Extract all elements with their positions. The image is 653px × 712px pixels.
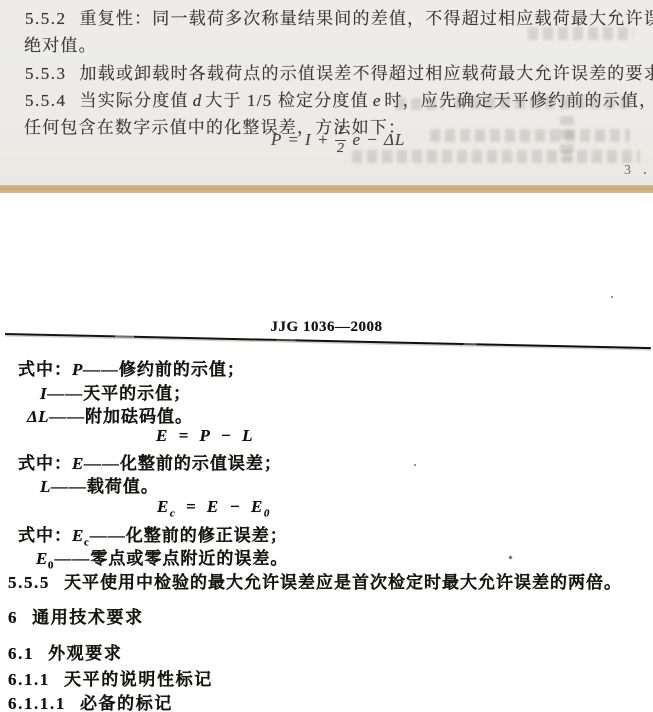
clause-number: 5.5.4 bbox=[25, 91, 67, 110]
where-clause-E: 式中：E——化整前的示值误差； bbox=[18, 449, 282, 474]
clause-5-5-2-line1: 5.5.2重复性：同一载荷多次称量结果间的差值，不得超过相应载荷最大允许误差的 bbox=[25, 4, 653, 29]
formula-lhs: P = I + bbox=[271, 130, 329, 150]
where-clause-P: 式中：P——修约前的示值； bbox=[18, 355, 245, 380]
variable-E: E bbox=[157, 497, 170, 516]
formula-E-equals: E = P − L bbox=[156, 426, 254, 446]
clause-text: 重复性：同一载荷多次称量结果间的差值，不得超过相应载荷最大允许误差的 bbox=[80, 9, 653, 28]
where-label: 式中： bbox=[18, 526, 72, 545]
clause-text: 加载或卸载时各载荷点的示值误差不得超过相应载荷最大允许误差的要求。 bbox=[80, 64, 653, 83]
page-edge-strip bbox=[0, 185, 653, 193]
formula-mid: = E − E bbox=[176, 497, 264, 516]
where-text: ——载荷值。 bbox=[51, 477, 159, 496]
clause-5-5-2-line2: 绝对值。 bbox=[24, 31, 97, 56]
section-number: 6.1.1 bbox=[8, 670, 50, 689]
variable-d: d bbox=[193, 91, 202, 110]
document-header: JJG 1036—2008 bbox=[0, 319, 653, 336]
variable-P: P bbox=[72, 360, 83, 379]
where-clause-deltaL: ΔL——附加砝码值。 bbox=[27, 402, 193, 427]
section-6-1-heading: 6.1外观要求 bbox=[8, 639, 122, 664]
clause-number: 5.5.2 bbox=[25, 9, 67, 28]
where-text: ——零点或零点附近的误差。 bbox=[54, 549, 288, 568]
where-clause-I: I——天平的示值； bbox=[40, 379, 191, 404]
clause-5-5-3-line: 5.5.3加载或卸载时各载荷点的示值误差不得超过相应载荷最大允许误差的要求。 bbox=[25, 59, 653, 84]
where-clause-Ec: 式中：Ec——化整前的修正误差； bbox=[18, 521, 288, 546]
fraction-numerator: 1 bbox=[337, 124, 345, 139]
variable-e: e bbox=[373, 91, 381, 110]
section-title: 必备的标记 bbox=[80, 694, 173, 712]
where-text: ——修约前的示值； bbox=[83, 360, 245, 379]
section-title: 外观要求 bbox=[48, 644, 122, 663]
where-text: ——化整前的示值误差； bbox=[84, 454, 282, 473]
fraction-denominator: 2 bbox=[337, 142, 345, 157]
variable-L: L bbox=[40, 477, 51, 496]
clause-5-5-5-line: 5.5.5天平使用中检验的最大允许误差应是首次检定时最大允许误差的两倍。 bbox=[8, 568, 622, 593]
scan-speck bbox=[508, 555, 512, 559]
formula-rhs: e − ΔL bbox=[352, 130, 405, 150]
scan-speck bbox=[644, 172, 646, 174]
section-title: 天平的说明性标记 bbox=[64, 670, 213, 689]
scanned-page-top: 5.5.2重复性：同一载荷多次称量结果间的差值，不得超过相应载荷最大允许误差的 … bbox=[0, 0, 653, 193]
scan-speck bbox=[414, 464, 416, 466]
bleedthrough-text bbox=[455, 96, 633, 109]
clause-number: 5.5.5 bbox=[8, 573, 50, 592]
section-number: 6.1.1.1 bbox=[8, 694, 66, 712]
section-6-1-1-heading: 6.1.1天平的说明性标记 bbox=[8, 665, 213, 690]
clause-text: 当实际分度值 bbox=[80, 91, 189, 110]
fraction-one-half: 1 2 bbox=[335, 124, 346, 157]
where-clause-E0: E0——零点或零点附近的误差。 bbox=[36, 544, 288, 569]
section-number: 6.1 bbox=[8, 644, 34, 663]
bleedthrough-text bbox=[528, 27, 634, 40]
bleedthrough-text bbox=[430, 129, 630, 142]
section-number: 6 bbox=[8, 608, 18, 627]
clause-text: 天平使用中检验的最大允许误差应是首次检定时最大允许误差的两倍。 bbox=[64, 573, 622, 592]
scan-speck bbox=[611, 296, 613, 298]
where-label: 式中： bbox=[18, 360, 72, 379]
clause-text: 绝对值。 bbox=[24, 36, 97, 55]
variable-Ec: E bbox=[72, 526, 84, 545]
bleedthrough-text bbox=[352, 150, 640, 163]
where-text: ——附加砝码值。 bbox=[49, 407, 193, 426]
where-text: ——化整前的修正误差； bbox=[90, 526, 288, 545]
where-label: 式中： bbox=[18, 454, 72, 473]
variable-delta-L: ΔL bbox=[27, 407, 49, 426]
page-number: 3 bbox=[624, 163, 632, 179]
variable-E: E bbox=[72, 454, 84, 473]
formula-Ec-equals: Ec = E − E0 bbox=[157, 497, 271, 517]
where-clause-L: L——载荷值。 bbox=[40, 472, 159, 497]
section-6-1-1-1-heading: 6.1.1.1必备的标记 bbox=[8, 689, 173, 712]
clause-text: 大于 1/5 检定分度值 bbox=[205, 91, 369, 110]
clause-number: 5.5.3 bbox=[25, 64, 67, 83]
variable-E0: E bbox=[36, 549, 48, 568]
where-text: ——天平的示值； bbox=[47, 384, 191, 403]
scanned-document-view: 5.5.2重复性：同一载荷多次称量结果间的差值，不得超过相应载荷最大允许误差的 … bbox=[0, 0, 653, 712]
subscript-0: 0 bbox=[264, 507, 271, 519]
bleedthrough-text bbox=[396, 98, 444, 110]
section-6-heading: 6通用技术要求 bbox=[8, 603, 144, 628]
section-title: 通用技术要求 bbox=[32, 608, 144, 627]
